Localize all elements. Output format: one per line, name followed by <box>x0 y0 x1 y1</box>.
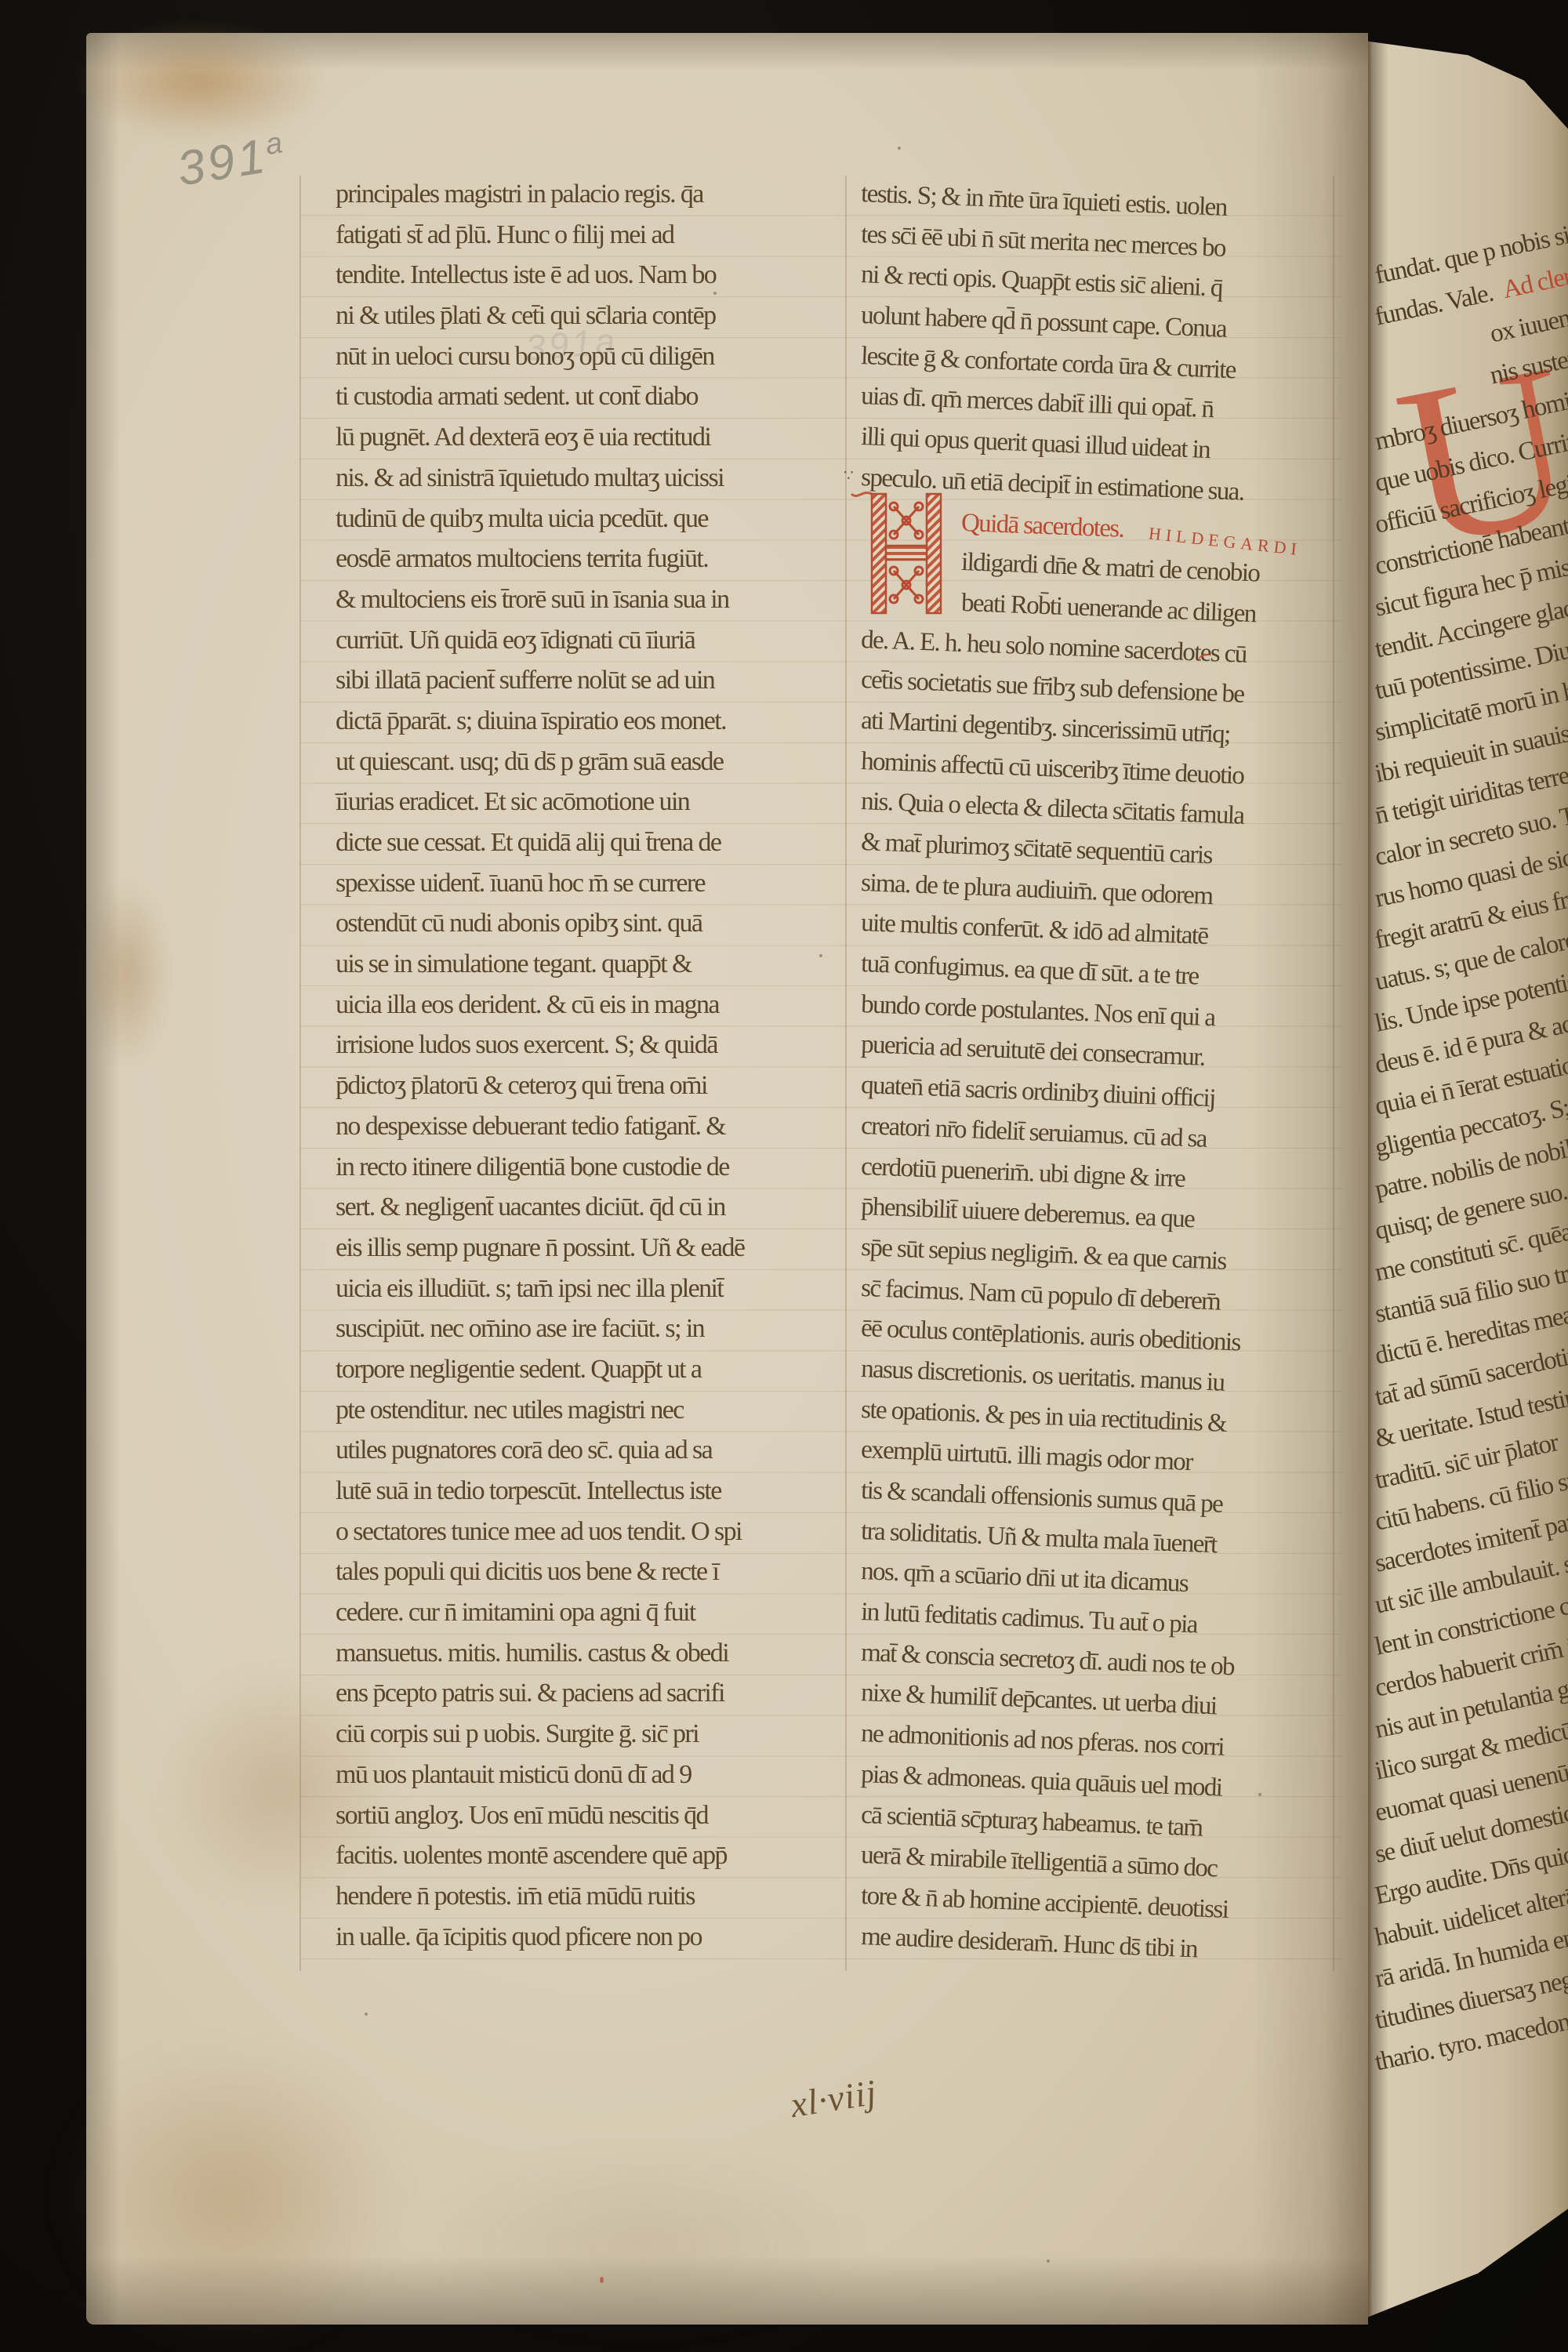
text-line: dicte sue cessat. Et quidā alij qui t̄re… <box>336 822 859 863</box>
text-line: uicia illa eos derident. & cū eis in mag… <box>336 985 859 1025</box>
facing-page-lines: ox iuuentū alarū snis sustentatio lapidm… <box>1376 339 1568 2084</box>
parchment-stain <box>83 880 169 1068</box>
manuscript-right-page: U fundat. que p nobis sitien fundas. Val… <box>1368 30 1568 2333</box>
text-line: ni & utiles p̄lati & cet̄i qui sc̄laria … <box>336 296 859 336</box>
text-line: ciū corpis sui p uobis. Surgite ḡ. sic̄ … <box>336 1714 859 1755</box>
text-line: spexisse uident̄. īuanū hoc m̄ se currer… <box>336 863 859 904</box>
text-line: nis. & ad sinistrā īquietudo multaʒ uici… <box>336 458 859 499</box>
text-line: sortiū angloʒ. Uos enī mūdū nescitis q̄d <box>336 1795 859 1836</box>
text-line: in ualle. q̄a īcipitis quod pficere non … <box>336 1917 859 1958</box>
text-line: in recto itinere diligentiā bone custodi… <box>336 1147 859 1188</box>
text-line: p̄dictoʒ p̄latorū & ceteroʒ qui t̄rena o… <box>336 1065 859 1106</box>
text-line: ens p̄cepto patris sui. & paciens ad sac… <box>336 1673 859 1714</box>
column-b-upper-lines: testis. S; & in m̄te ūra īquieti estis. … <box>861 174 1347 499</box>
folio-number: 391a <box>173 125 291 197</box>
text-line: utiles pugnatores corā deo sc̄. quia ad … <box>336 1430 859 1471</box>
text-line: uis se in simulatione tegant. quapp̄t & <box>336 944 859 985</box>
text-line: ti custodia armati sedent. ut cont̄ diab… <box>336 376 859 417</box>
text-line: dictā p̄parāt. s; diuina īspiratio eos m… <box>336 701 859 742</box>
text-line: īiurias eradicet. Et sic acōmotione uin <box>336 782 859 822</box>
red-pigment-speck <box>600 2277 604 2283</box>
text-line: irrisione ludos suos exercent. S; & quid… <box>336 1025 859 1065</box>
dust-speck <box>365 2013 368 2016</box>
text-line: pte ostenditur. nec utiles magistri nec <box>336 1390 859 1431</box>
parchment-stain <box>423 2150 862 2338</box>
text-line: mansuetus. mitis. humilis. castus & obed… <box>336 1633 859 1674</box>
folio-number-superscript: a <box>263 126 288 162</box>
text-line: tales populi qui dicitis uos bene & rect… <box>336 1552 859 1592</box>
text-line: sert. & negligent̄ uacantes diciūt. q̄d … <box>336 1187 859 1228</box>
column-b-lower-lines: de. A. E. h. heu solo nomine sacerdotes … <box>861 620 1347 1958</box>
text-line: ut quiescant. usq; dū ds̄ p grām suā eas… <box>336 742 859 782</box>
text-line: & multociens eis t̄rorē suū in īsania su… <box>336 579 859 620</box>
facing-page-text: fundat. que p nobis sitien fundas. Vale.… <box>1376 256 1568 2084</box>
dust-speck <box>898 147 901 150</box>
text-line: tendite. Intellectus iste ē ad uos. Nam … <box>336 255 859 296</box>
text-line: uicia eis illudiūt. s; tam̄ ipsi nec ill… <box>336 1269 859 1309</box>
text-line: tudinū de quibʒ multa uicia pcedūt. que <box>336 499 859 539</box>
rubric-text: Quidā sacerdotes. <box>960 508 1124 543</box>
text-line: o sectatores tunice mee ad uos tendit. O… <box>336 1512 859 1552</box>
text-line: cedere. cur n̄ imitamini opa agni q̄ fui… <box>336 1592 859 1633</box>
text-line: ostendūt cū nudi abonis opibʒ sint. quā <box>336 903 859 944</box>
parchment-stain <box>74 22 325 140</box>
dust-speck <box>1047 2259 1050 2263</box>
text-line: no despexisse debuerant tedio fatigant̄.… <box>336 1106 859 1147</box>
dust-speck <box>819 954 822 957</box>
manuscript-left-page: 391a 391a principales magistri in palaci… <box>86 33 1368 2325</box>
parchment-stain <box>63 2048 400 2346</box>
text-line: mū uos plantauit misticū donū dī ad 9 <box>336 1755 859 1795</box>
text-line: facitis. uolentes montē ascendere quē ap… <box>336 1835 859 1876</box>
vertical-ruling <box>299 176 301 1971</box>
text-line: suscipiūt. nec om̄ino ase ire faciūt. s;… <box>336 1308 859 1349</box>
nota-mark: ∵ <box>844 466 854 485</box>
text-line: eosdē armatos multociens territa fugiūt. <box>336 539 859 579</box>
text-column-b: testis. S; & in m̄te ūra īquieti estis. … <box>861 174 1347 1957</box>
text-column-a: principales magistri in palacio regis. q… <box>336 174 859 1957</box>
text-line: curriūt. Uñ quidā eoʒ īdignati cū īiuriā <box>336 620 859 661</box>
dust-speck <box>588 1174 591 1177</box>
text-line: hendere n̄ potestis. im̄ etiā mūdū ruiti… <box>336 1876 859 1917</box>
text-line: sibi illatā pacient̄ sufferre nolūt se a… <box>336 660 859 701</box>
quire-signature: xl·viij <box>788 2071 880 2126</box>
text-line: fatigati st̄ ad p̄lū. Hunc o filij mei a… <box>336 215 859 256</box>
text-line: principales magistri in palacio regis. q… <box>336 174 859 215</box>
text-line: torpore negligentie sedent. Quapp̄t ut a <box>336 1349 859 1390</box>
letter-opening-block: Quidā sacerdotes. hildegardi ildigardi d… <box>861 499 1347 1958</box>
text-line: nūt in ueloci cursu bonoʒ opū cū diligēn <box>336 336 859 377</box>
text-line: lutē suā in tedio torpescūt. Intellectus… <box>336 1471 859 1512</box>
dust-speck <box>1258 1793 1261 1796</box>
text-line: lū pugnēt. Ad dexterā eoʒ ē uia rectitud… <box>336 417 859 458</box>
text-line: eis illis semp pugnare n̄ possint. Uñ & … <box>336 1228 859 1269</box>
dust-speck <box>713 292 717 295</box>
